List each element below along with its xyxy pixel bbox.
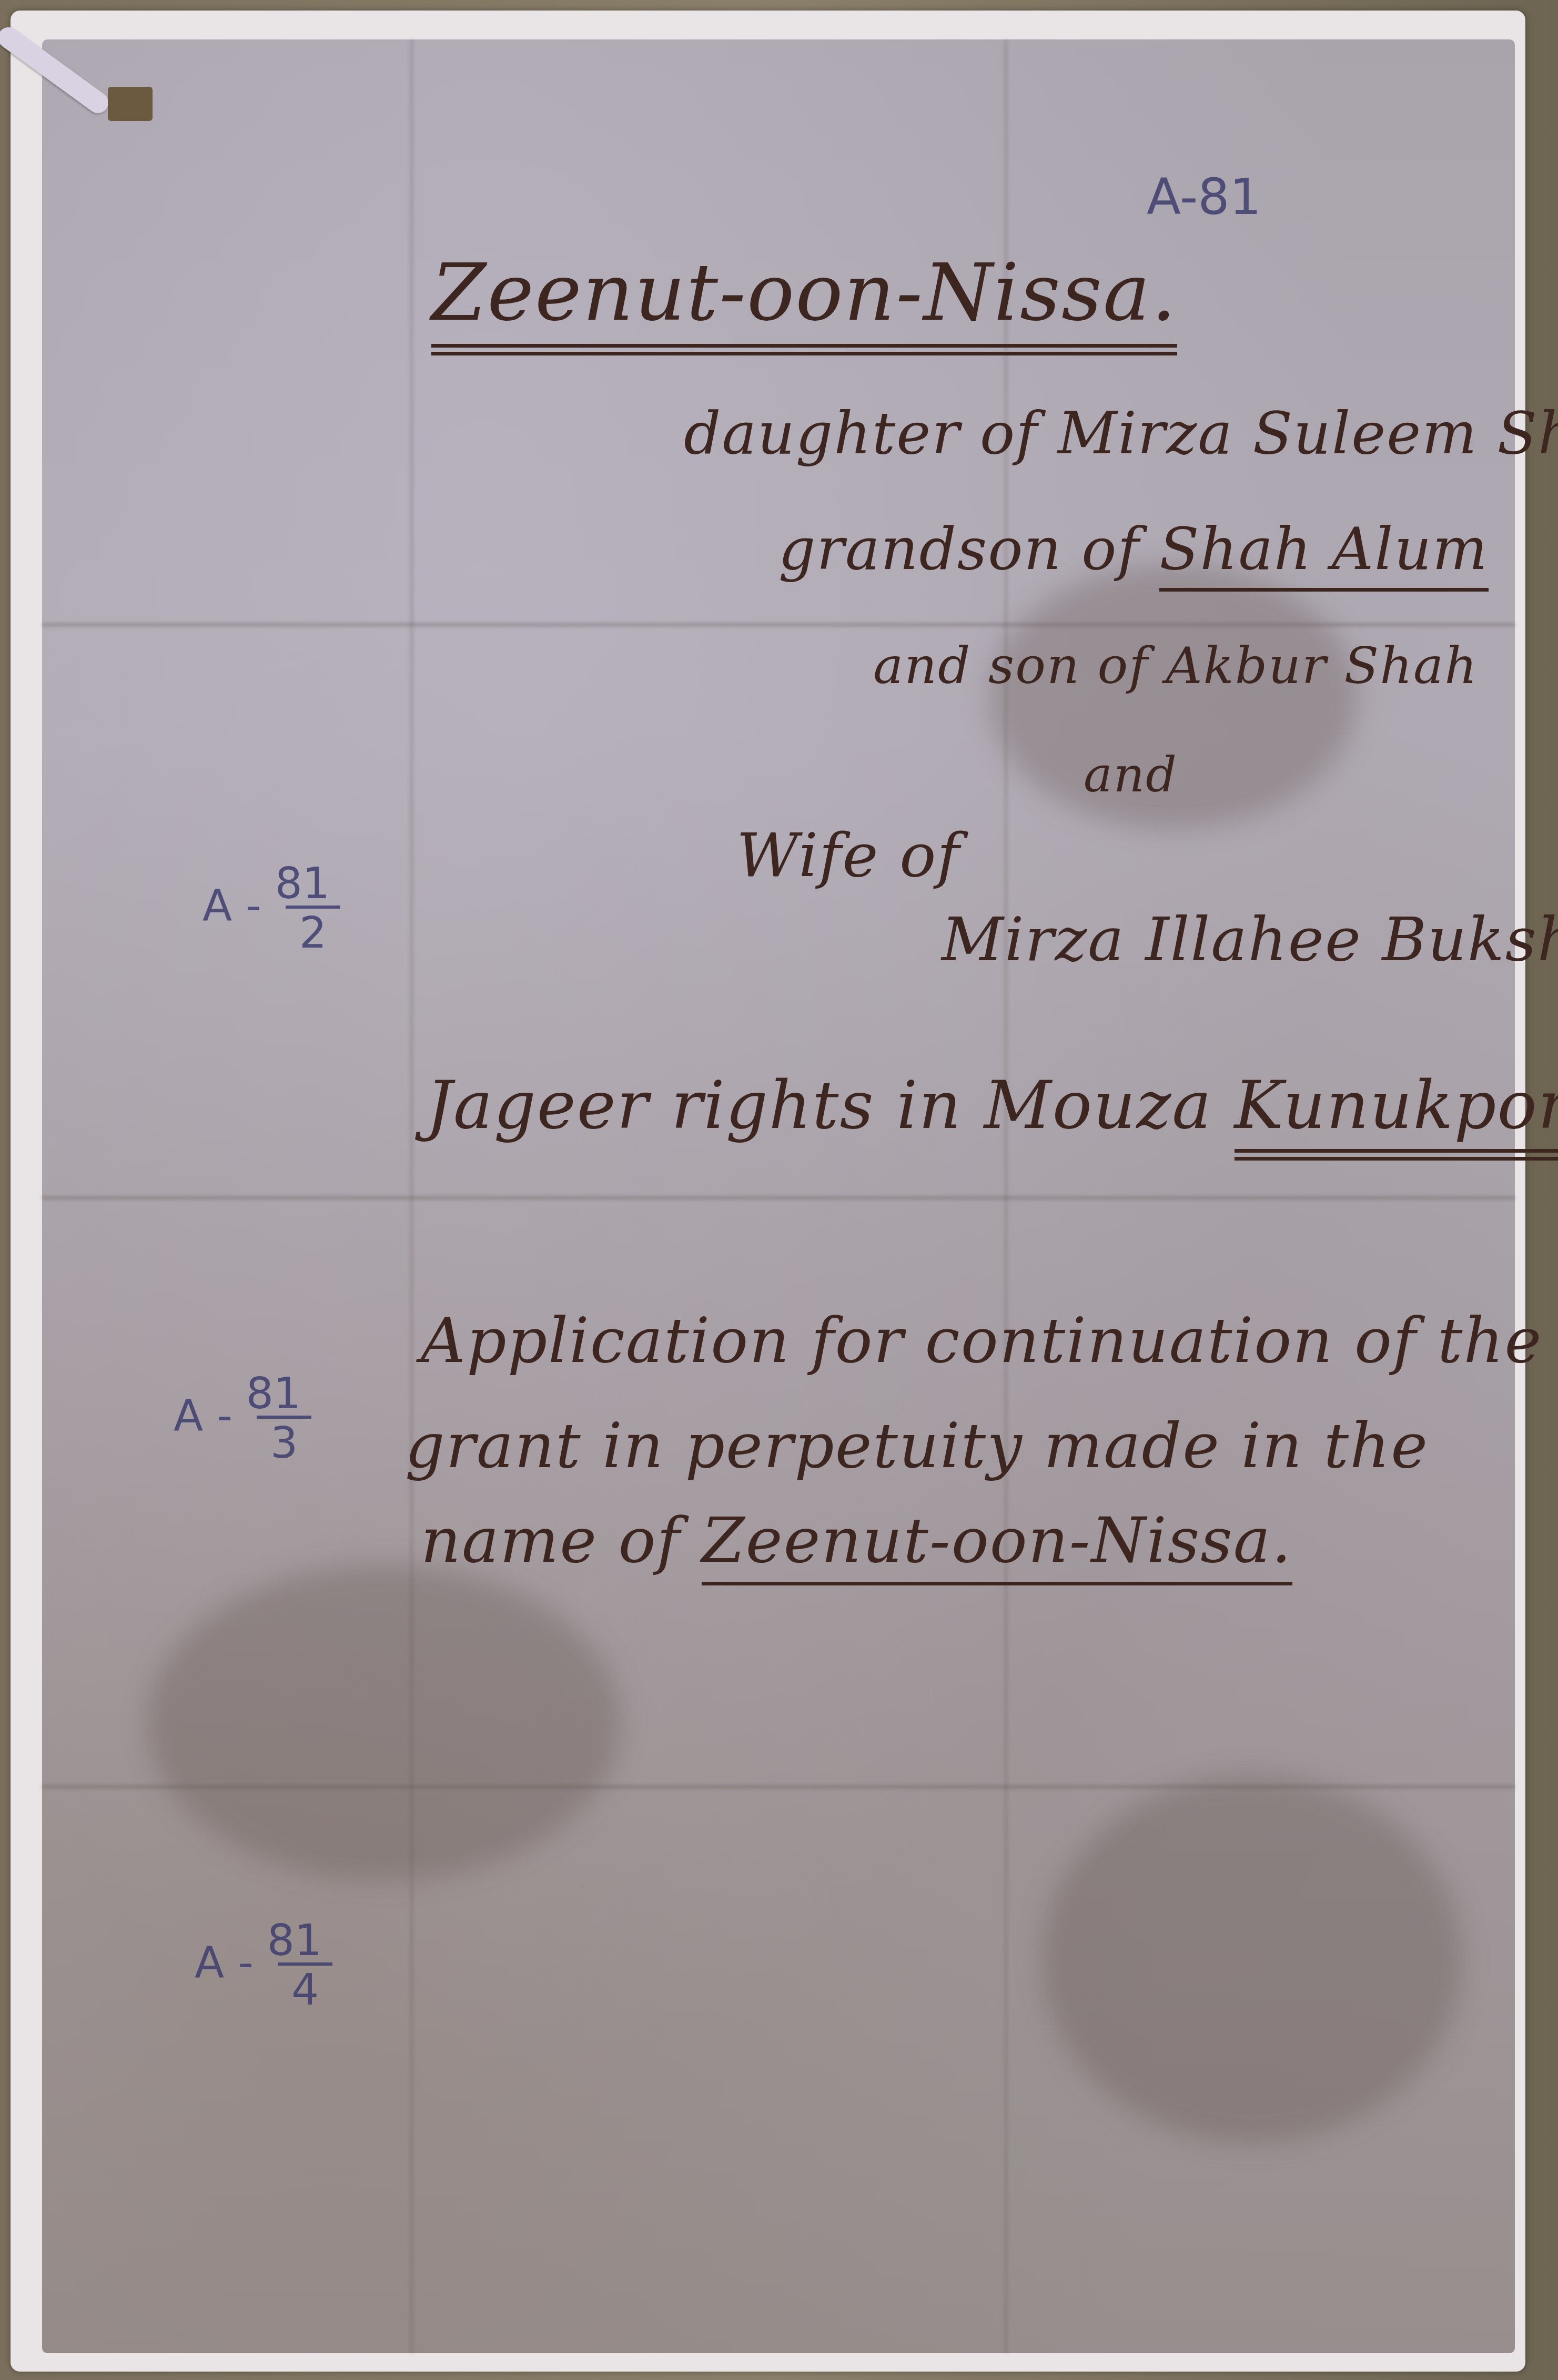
margin-note-num: 81 (267, 1919, 322, 1962)
margin-note-den: 3 (257, 1416, 311, 1465)
line-son-of: and son of Akbur Shah (873, 636, 1478, 695)
application-line-2: grant in perpetuity made in the (405, 1409, 1429, 1482)
fold-line (42, 623, 1515, 626)
application-line-3: name of Zeenut-oon-Nissa. (421, 1504, 1292, 1577)
archive-reference: A-81 (1147, 168, 1261, 226)
application-name: Zeenut-oon-Nissa. (702, 1504, 1292, 1585)
document-title: Zeenut-oon-Nissa. (431, 247, 1177, 355)
subject-place: Kunukpore (1235, 1067, 1558, 1161)
margin-note-prefix: A - (174, 1391, 232, 1441)
line-husband: Mirza Illahee Buksh (942, 904, 1558, 975)
water-stain (1041, 1775, 1462, 2143)
margin-note-fraction: 81 4 (267, 1919, 322, 2012)
margin-note-prefix: A - (195, 1938, 254, 1988)
application-name-prefix: name of (421, 1504, 681, 1577)
margin-note-prefix: A - (203, 881, 261, 931)
fold-line (410, 39, 413, 2353)
grandson-of-name: Shah Alum (1159, 515, 1488, 592)
margin-note: A - 81 3 (174, 1372, 301, 1465)
fold-line (42, 1196, 1515, 1199)
margin-note-den: 4 (278, 1962, 332, 2012)
margin-note-den: 2 (286, 906, 340, 955)
punch-hole (108, 87, 153, 121)
fold-line (1005, 39, 1007, 2353)
subject-line: Jageer rights in Mouza Kunukpore (426, 1067, 1558, 1144)
margin-note-num: 81 (246, 1372, 301, 1416)
fold-line (42, 1785, 1515, 1788)
line-grandson-of: grandson of Shah Alum (778, 515, 1489, 583)
grandson-of-prefix: grandson of (778, 515, 1140, 583)
margin-note: A - 81 2 (203, 862, 330, 955)
line-and: and (1084, 747, 1178, 803)
margin-note-num: 81 (275, 862, 330, 906)
application-line-1: Application for continuation of the (421, 1304, 1542, 1377)
margin-note-fraction: 81 3 (246, 1372, 301, 1465)
line-wife-of: Wife of (736, 820, 960, 891)
subject-prefix: Jageer rights in Mouza (426, 1067, 1212, 1144)
line-daughter-of: daughter of Mirza Suleem Shah (684, 400, 1558, 467)
water-stain (147, 1564, 621, 1880)
margin-note-fraction: 81 2 (275, 862, 330, 955)
margin-note: A - 81 4 (195, 1919, 322, 2012)
